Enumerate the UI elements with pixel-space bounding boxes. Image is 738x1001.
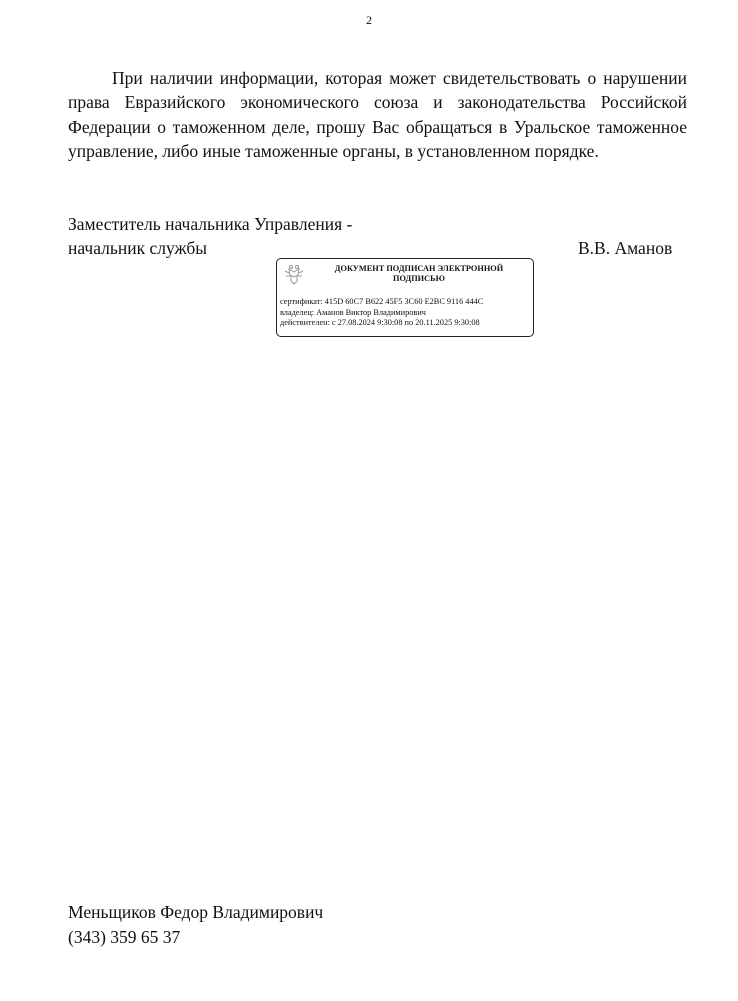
signatory-position: Заместитель начальника Управления - нача… <box>68 212 352 260</box>
page-number: 2 <box>0 13 738 28</box>
stamp-validity: действителен: с 27.08.2024 9:30:08 по 20… <box>280 318 483 329</box>
signatory-position-line1: Заместитель начальника Управления - <box>68 212 352 236</box>
signatory-position-line2: начальник службы <box>68 236 352 260</box>
stamp-owner: владелец: Аманов Виктор Владимирович <box>280 308 483 319</box>
stamp-certificate: сертификат: 415D 60C7 B622 45F5 3C60 E2B… <box>280 297 483 308</box>
e-signature-stamp: ДОКУМЕНТ ПОДПИСАН ЭЛЕКТРОННОЙ ПОДПИСЬЮ с… <box>276 258 534 337</box>
executor-info: Меньщиков Федор Владимирович (343) 359 6… <box>68 900 323 949</box>
executor-phone: (343) 359 65 37 <box>68 925 323 950</box>
executor-name: Меньщиков Федор Владимирович <box>68 900 323 925</box>
signatory-name: В.В. Аманов <box>578 236 672 260</box>
coat-of-arms-icon <box>282 263 306 287</box>
stamp-title: ДОКУМЕНТ ПОДПИСАН ЭЛЕКТРОННОЙ ПОДПИСЬЮ <box>309 264 529 284</box>
body-paragraph: При наличии информации, которая может св… <box>68 66 687 163</box>
